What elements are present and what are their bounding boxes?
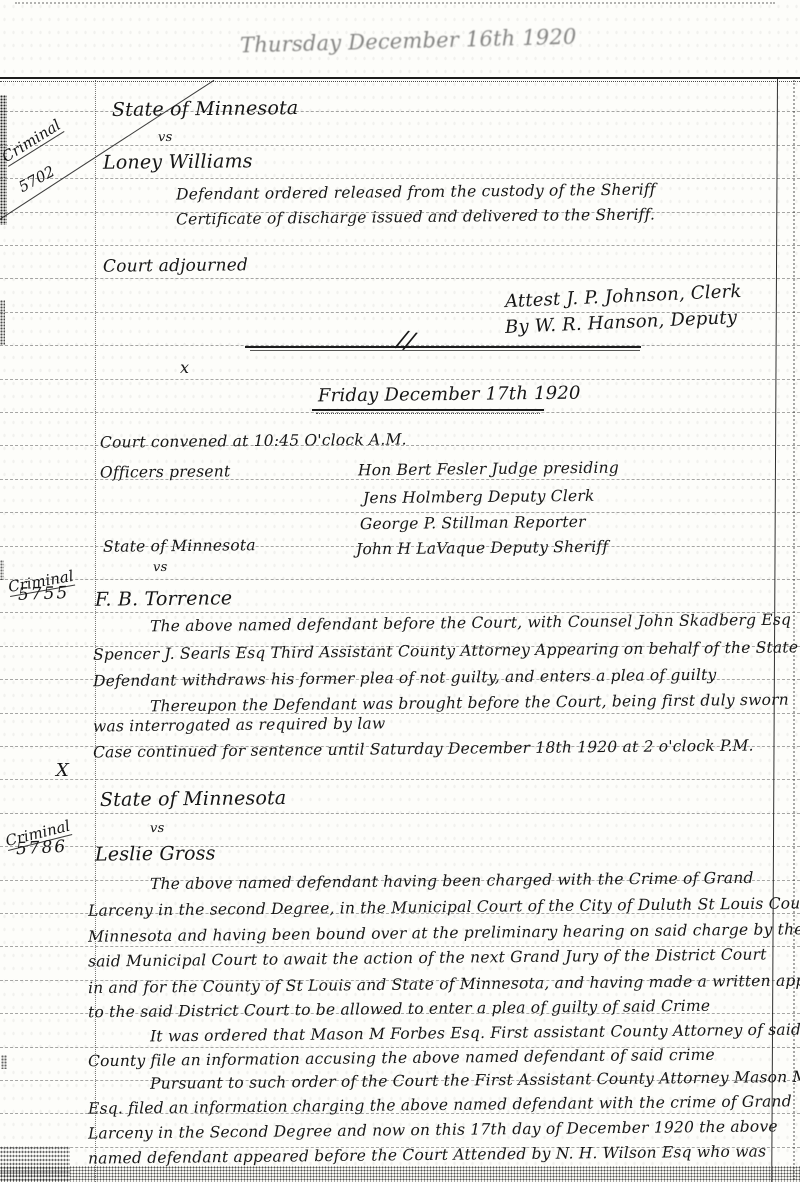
- deputy-signature: By W. R. Hanson, Deputy: [505, 309, 738, 338]
- body-line: to the said District Court to be allowed…: [88, 998, 710, 1021]
- body-line: Thereupon the Defendant was brought befo…: [150, 692, 789, 715]
- margin-cross-mark: x: [180, 358, 189, 377]
- body-line: County file an information accusing the …: [88, 1047, 715, 1070]
- ruled-line: [0, 245, 800, 246]
- ruled-line: [0, 145, 800, 146]
- case-caption-state: State of Minnesota: [100, 789, 287, 811]
- body-line: The above named defendant having been ch…: [150, 870, 754, 893]
- body-line: Larceny in the Second Degree and now on …: [88, 1118, 778, 1141]
- officer-line: Jens Holmberg Deputy Clerk: [363, 488, 595, 507]
- vs-label: vs: [158, 131, 173, 145]
- body-line: It was ordered that Mason M Forbes Esq. …: [150, 1022, 800, 1045]
- defendant-name: Loney Williams: [103, 152, 253, 174]
- body-line: Defendant withdraws his former plea of n…: [93, 667, 717, 690]
- case-number-5755: 5755: [18, 585, 70, 605]
- ruled-line: [0, 779, 800, 780]
- margin-label-text: Criminal: [0, 116, 64, 167]
- court-convened-line: Court convened at 10:45 O'clock A.M.: [100, 431, 407, 450]
- top-heavy-rule: [0, 77, 800, 79]
- body-line: said Municipal Court to await the action…: [88, 946, 767, 969]
- margin-case-type-5702: Criminal: [0, 116, 64, 166]
- officer-line: Hon Bert Fesler Judge presiding: [358, 460, 619, 479]
- body-line: in and for the County of St Louis and St…: [88, 972, 800, 996]
- case-caption-state: State of Minnesota: [112, 99, 299, 121]
- scan-edge-artifact: [1, 1055, 7, 1069]
- case-number-5702: 5702: [16, 162, 58, 196]
- ruled-line: [0, 713, 800, 714]
- ruled-line: [0, 813, 800, 814]
- scan-edge-artifact: [0, 300, 5, 345]
- heading-underline-shadow: [316, 413, 540, 414]
- order-line: Defendant ordered released from the cust…: [176, 181, 656, 202]
- section-divider: [245, 346, 641, 348]
- ruled-line: [0, 278, 800, 279]
- session-heading-date: Friday December 17th 1920: [318, 385, 581, 407]
- defendant-name: Leslie Gross: [95, 844, 216, 865]
- top-heavy-rule-shadow: [0, 81, 800, 82]
- margin-cross-mark: X: [56, 760, 69, 781]
- body-line: The above named defendant before the Cou…: [150, 612, 791, 635]
- top-edge-line: [15, 2, 775, 4]
- scan-edge-artifact: [0, 560, 4, 580]
- case-number-5786: 5786: [16, 839, 68, 860]
- body-line: Spencer J. Searls Esq Third Assistant Co…: [93, 639, 798, 663]
- ledger-page: Thursday December 16th 1920 Criminal 570…: [0, 0, 800, 1182]
- body-line: Pursuant to such order of the Court the …: [150, 1068, 800, 1092]
- right-margin-line: [771, 78, 778, 1182]
- ruled-line: [0, 379, 800, 380]
- right-edge-artifact: [793, 80, 795, 1180]
- ruled-line: [0, 512, 800, 513]
- body-line: Case continued for sentence until Saturd…: [93, 738, 754, 761]
- section-divider-shadow: [250, 350, 640, 351]
- order-line: Certificate of discharge issued and deli…: [176, 206, 655, 227]
- running-head-date: Thursday December 16th 1920: [240, 26, 577, 57]
- defendant-name: F. B. Torrence: [95, 589, 233, 610]
- state-caption-label: State of Minnesota: [103, 537, 256, 555]
- heading-underline: [312, 409, 544, 411]
- vs-label: vs: [153, 561, 168, 575]
- scan-noise-band: [0, 1166, 800, 1182]
- court-adjourned-line: Court adjourned: [103, 257, 248, 276]
- officer-line: George P. Stillman Reporter: [360, 514, 586, 533]
- officers-present-label: Officers present: [100, 463, 230, 481]
- ruled-line: [0, 579, 800, 580]
- officer-line: John H LaVaque Deputy Sheriff: [356, 539, 608, 558]
- ruled-line: [0, 178, 800, 179]
- body-line: Minnesota and having been bound over at …: [88, 921, 800, 945]
- body-line: was interrogated as required by law: [93, 715, 386, 734]
- vs-label: vs: [150, 822, 165, 836]
- body-line: Larceny in the second Degree, in the Mun…: [88, 895, 800, 919]
